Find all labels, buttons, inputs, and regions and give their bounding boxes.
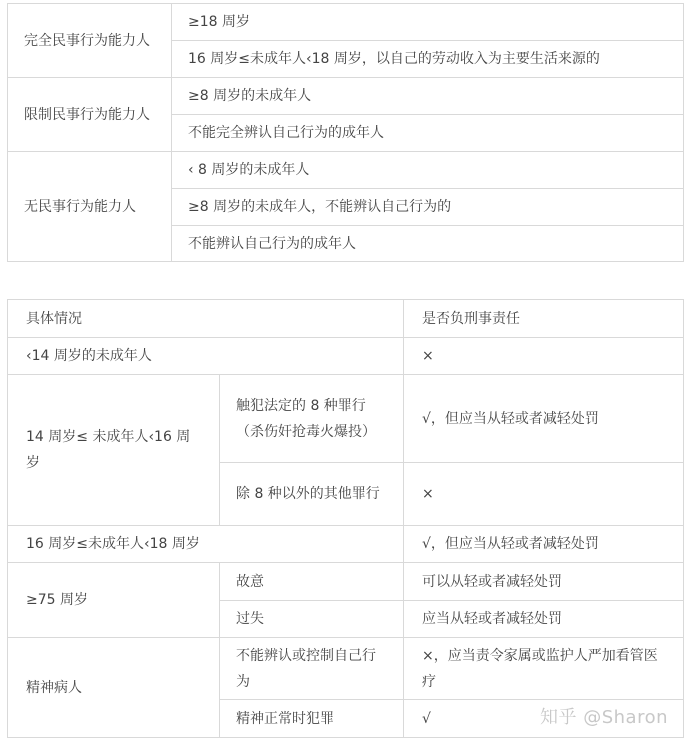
condition-cell: 精神正常时犯罪: [220, 700, 404, 738]
category-cell: 16 周岁≤未成年人‹18 周岁: [8, 526, 404, 563]
table-row: 限制民事行为能力人 ≥8 周岁的未成年人: [8, 78, 684, 115]
condition-cell: 过失: [220, 601, 404, 638]
table-row: ≥75 周岁 故意 可以从轻或者减轻处罚: [8, 563, 684, 601]
table-row: 精神病人 不能辨认或控制自己行为 ×，应当责令家属或监护人严加看管医疗: [8, 638, 684, 700]
condition-cell: 除 8 种以外的其他罪行: [220, 463, 404, 526]
criminal-liability-table: 具体情况 是否负刑事责任 ‹14 周岁的未成年人 × 14 周岁≤ 未成年人‹1…: [7, 299, 684, 738]
category-cell: 完全民事行为能力人: [8, 4, 172, 78]
category-cell: 无民事行为能力人: [8, 152, 172, 262]
table-row: ‹14 周岁的未成年人 ×: [8, 338, 684, 375]
category-cell: 精神病人: [8, 638, 220, 738]
condition-cell: 不能辨认自己行为的成年人: [172, 226, 684, 262]
condition-cell: 16 周岁≤未成年人‹18 周岁，以自己的劳动收入为主要生活来源的: [172, 41, 684, 78]
liability-cell: √: [404, 700, 684, 738]
condition-cell: ≥8 周岁的未成年人: [172, 78, 684, 115]
condition-cell: 故意: [220, 563, 404, 601]
table-header-row: 具体情况 是否负刑事责任: [8, 300, 684, 338]
category-cell: ≥75 周岁: [8, 563, 220, 638]
condition-cell: 不能辨认或控制自己行为: [220, 638, 404, 700]
table-row: 无民事行为能力人 ‹ 8 周岁的未成年人: [8, 152, 684, 189]
liability-cell: √，但应当从轻或者减轻处罚: [404, 375, 684, 463]
header-liability: 是否负刑事责任: [404, 300, 684, 338]
liability-cell: ×，应当责令家属或监护人严加看管医疗: [404, 638, 684, 700]
condition-cell: ≥8 周岁的未成年人，不能辨认自己行为的: [172, 189, 684, 226]
table-row: 16 周岁≤未成年人‹18 周岁 √，但应当从轻或者减轻处罚: [8, 526, 684, 563]
header-situation: 具体情况: [8, 300, 404, 338]
liability-cell: ×: [404, 463, 684, 526]
table-row: 14 周岁≤ 未成年人‹16 周岁 触犯法定的 8 种罪行（杀伤奸抢毒火爆投） …: [8, 375, 684, 463]
liability-cell: ×: [404, 338, 684, 375]
condition-cell: 不能完全辨认自己行为的成年人: [172, 115, 684, 152]
category-cell: 14 周岁≤ 未成年人‹16 周岁: [8, 375, 220, 526]
condition-cell: ≥18 周岁: [172, 4, 684, 41]
liability-cell: 可以从轻或者减轻处罚: [404, 563, 684, 601]
condition-cell: ‹ 8 周岁的未成年人: [172, 152, 684, 189]
liability-cell: √，但应当从轻或者减轻处罚: [404, 526, 684, 563]
category-cell: ‹14 周岁的未成年人: [8, 338, 404, 375]
category-cell: 限制民事行为能力人: [8, 78, 172, 152]
table-row: 完全民事行为能力人 ≥18 周岁: [8, 4, 684, 41]
civil-capacity-table: 完全民事行为能力人 ≥18 周岁 16 周岁≤未成年人‹18 周岁，以自己的劳动…: [7, 3, 684, 262]
liability-cell: 应当从轻或者减轻处罚: [404, 601, 684, 638]
condition-cell: 触犯法定的 8 种罪行（杀伤奸抢毒火爆投）: [220, 375, 404, 463]
